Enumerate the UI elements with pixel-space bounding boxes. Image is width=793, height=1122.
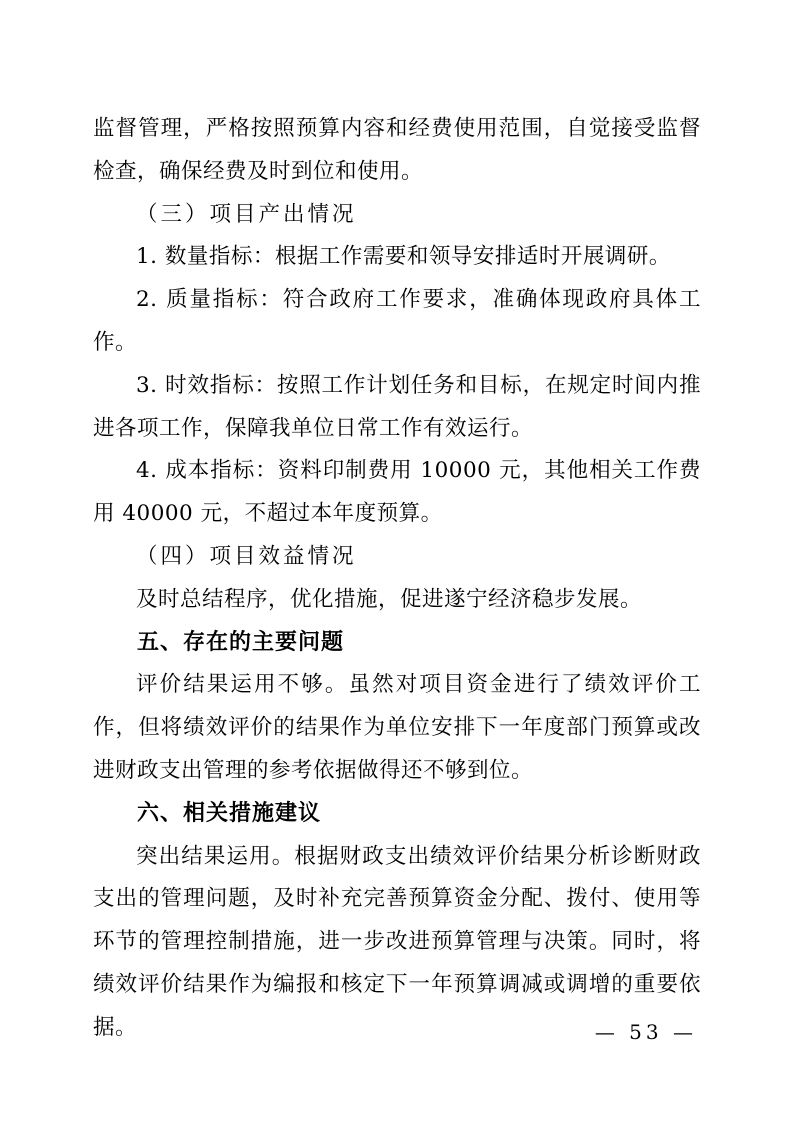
paragraph-quality-indicator: 2. 质量指标：符合政府工作要求，准确体现政府具体工作。 <box>93 279 701 365</box>
paragraph-main-problems: 评价结果运用不够。虽然对项目资金进行了绩效评价工作，但将绩效评价的结果作为单位安… <box>93 664 701 792</box>
subsection-heading-project-benefit: （四）项目效益情况 <box>93 536 701 579</box>
section-heading-suggestions: 六、相关措施建议 <box>93 793 701 836</box>
document-page: 监督管理，严格按照预算内容和经费使用范围，自觉接受监督检查，确保经费及时到位和使… <box>0 0 793 1122</box>
paragraph-quantity-indicator: 1. 数量指标：根据工作需要和领导安排适时开展调研。 <box>93 236 701 279</box>
paragraph-suggestions: 突出结果运用。根据财政支出绩效评价结果分析诊断财政支出的管理问题，及时补充完善预… <box>93 836 701 1050</box>
paragraph-benefit-summary: 及时总结程序，优化措施，促进遂宁经济稳步发展。 <box>93 579 701 622</box>
paragraph-timeliness-indicator: 3. 时效指标：按照工作计划任务和目标，在规定时间内推进各项工作，保障我单位日常… <box>93 365 701 451</box>
page-number: — 53 — <box>595 1020 697 1044</box>
subsection-heading-project-output: （三）项目产出情况 <box>93 194 701 237</box>
paragraph-continuation: 监督管理，严格按照预算内容和经费使用范围，自觉接受监督检查，确保经费及时到位和使… <box>93 108 701 194</box>
paragraph-cost-indicator: 4. 成本指标：资料印制费用 10000 元，其他相关工作费用 40000 元，… <box>93 450 701 536</box>
section-heading-main-problems: 五、存在的主要问题 <box>93 622 701 665</box>
document-body: 监督管理，严格按照预算内容和经费使用范围，自觉接受监督检查，确保经费及时到位和使… <box>93 108 701 1050</box>
